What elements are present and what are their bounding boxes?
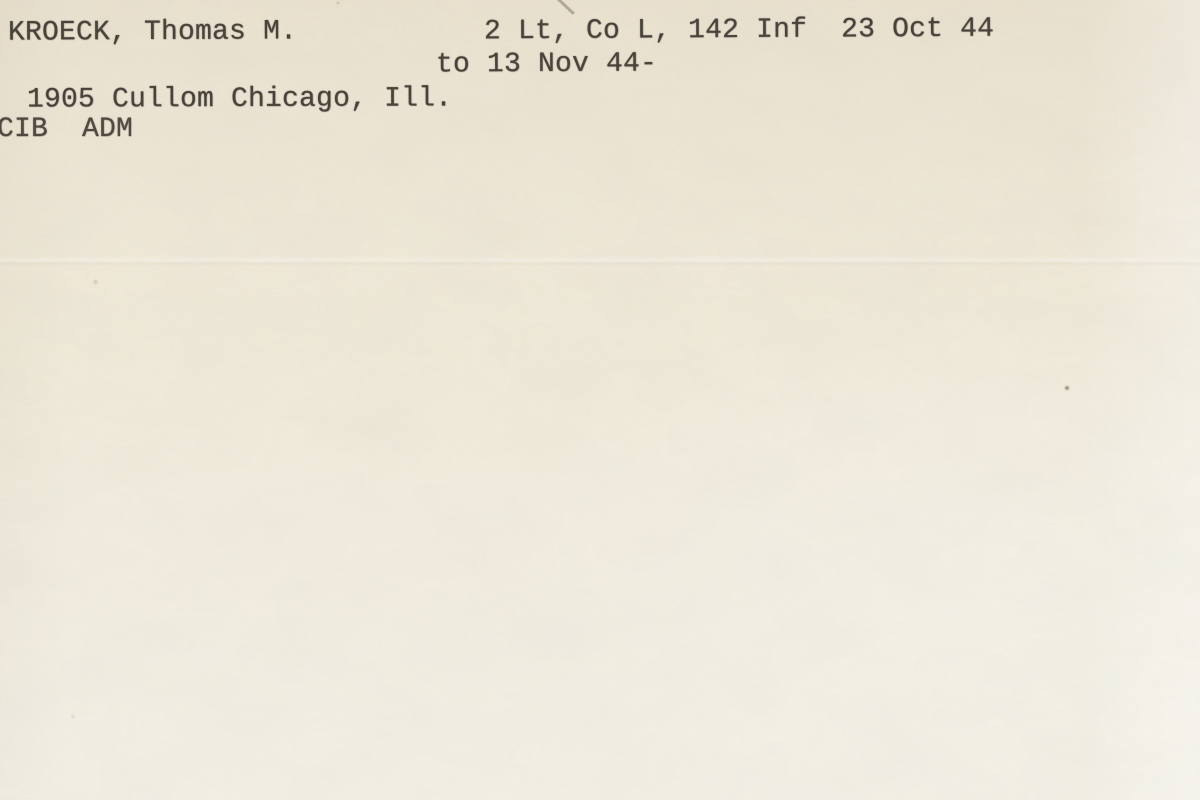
service-line: 2 Lt, Co L, 142 Inf 23 Oct 44 [484,13,994,50]
cropped-character-mark [552,0,582,16]
awards-line: CIB ADM [0,113,133,147]
scan-light-patch [0,0,1200,800]
paper-speck [70,714,76,719]
paper-crease [0,256,1200,266]
paper-speck [336,1,340,5]
service-continued-line: to 13 Nov 44- [436,48,657,83]
paper-speck [92,279,99,285]
paper-speck [1064,385,1070,391]
paper-texture [0,0,1200,800]
name-line: KROECK, Thomas M. [8,15,297,50]
index-card: KROECK, Thomas M. 2 Lt, Co L, 142 Inf 23… [0,0,1200,800]
